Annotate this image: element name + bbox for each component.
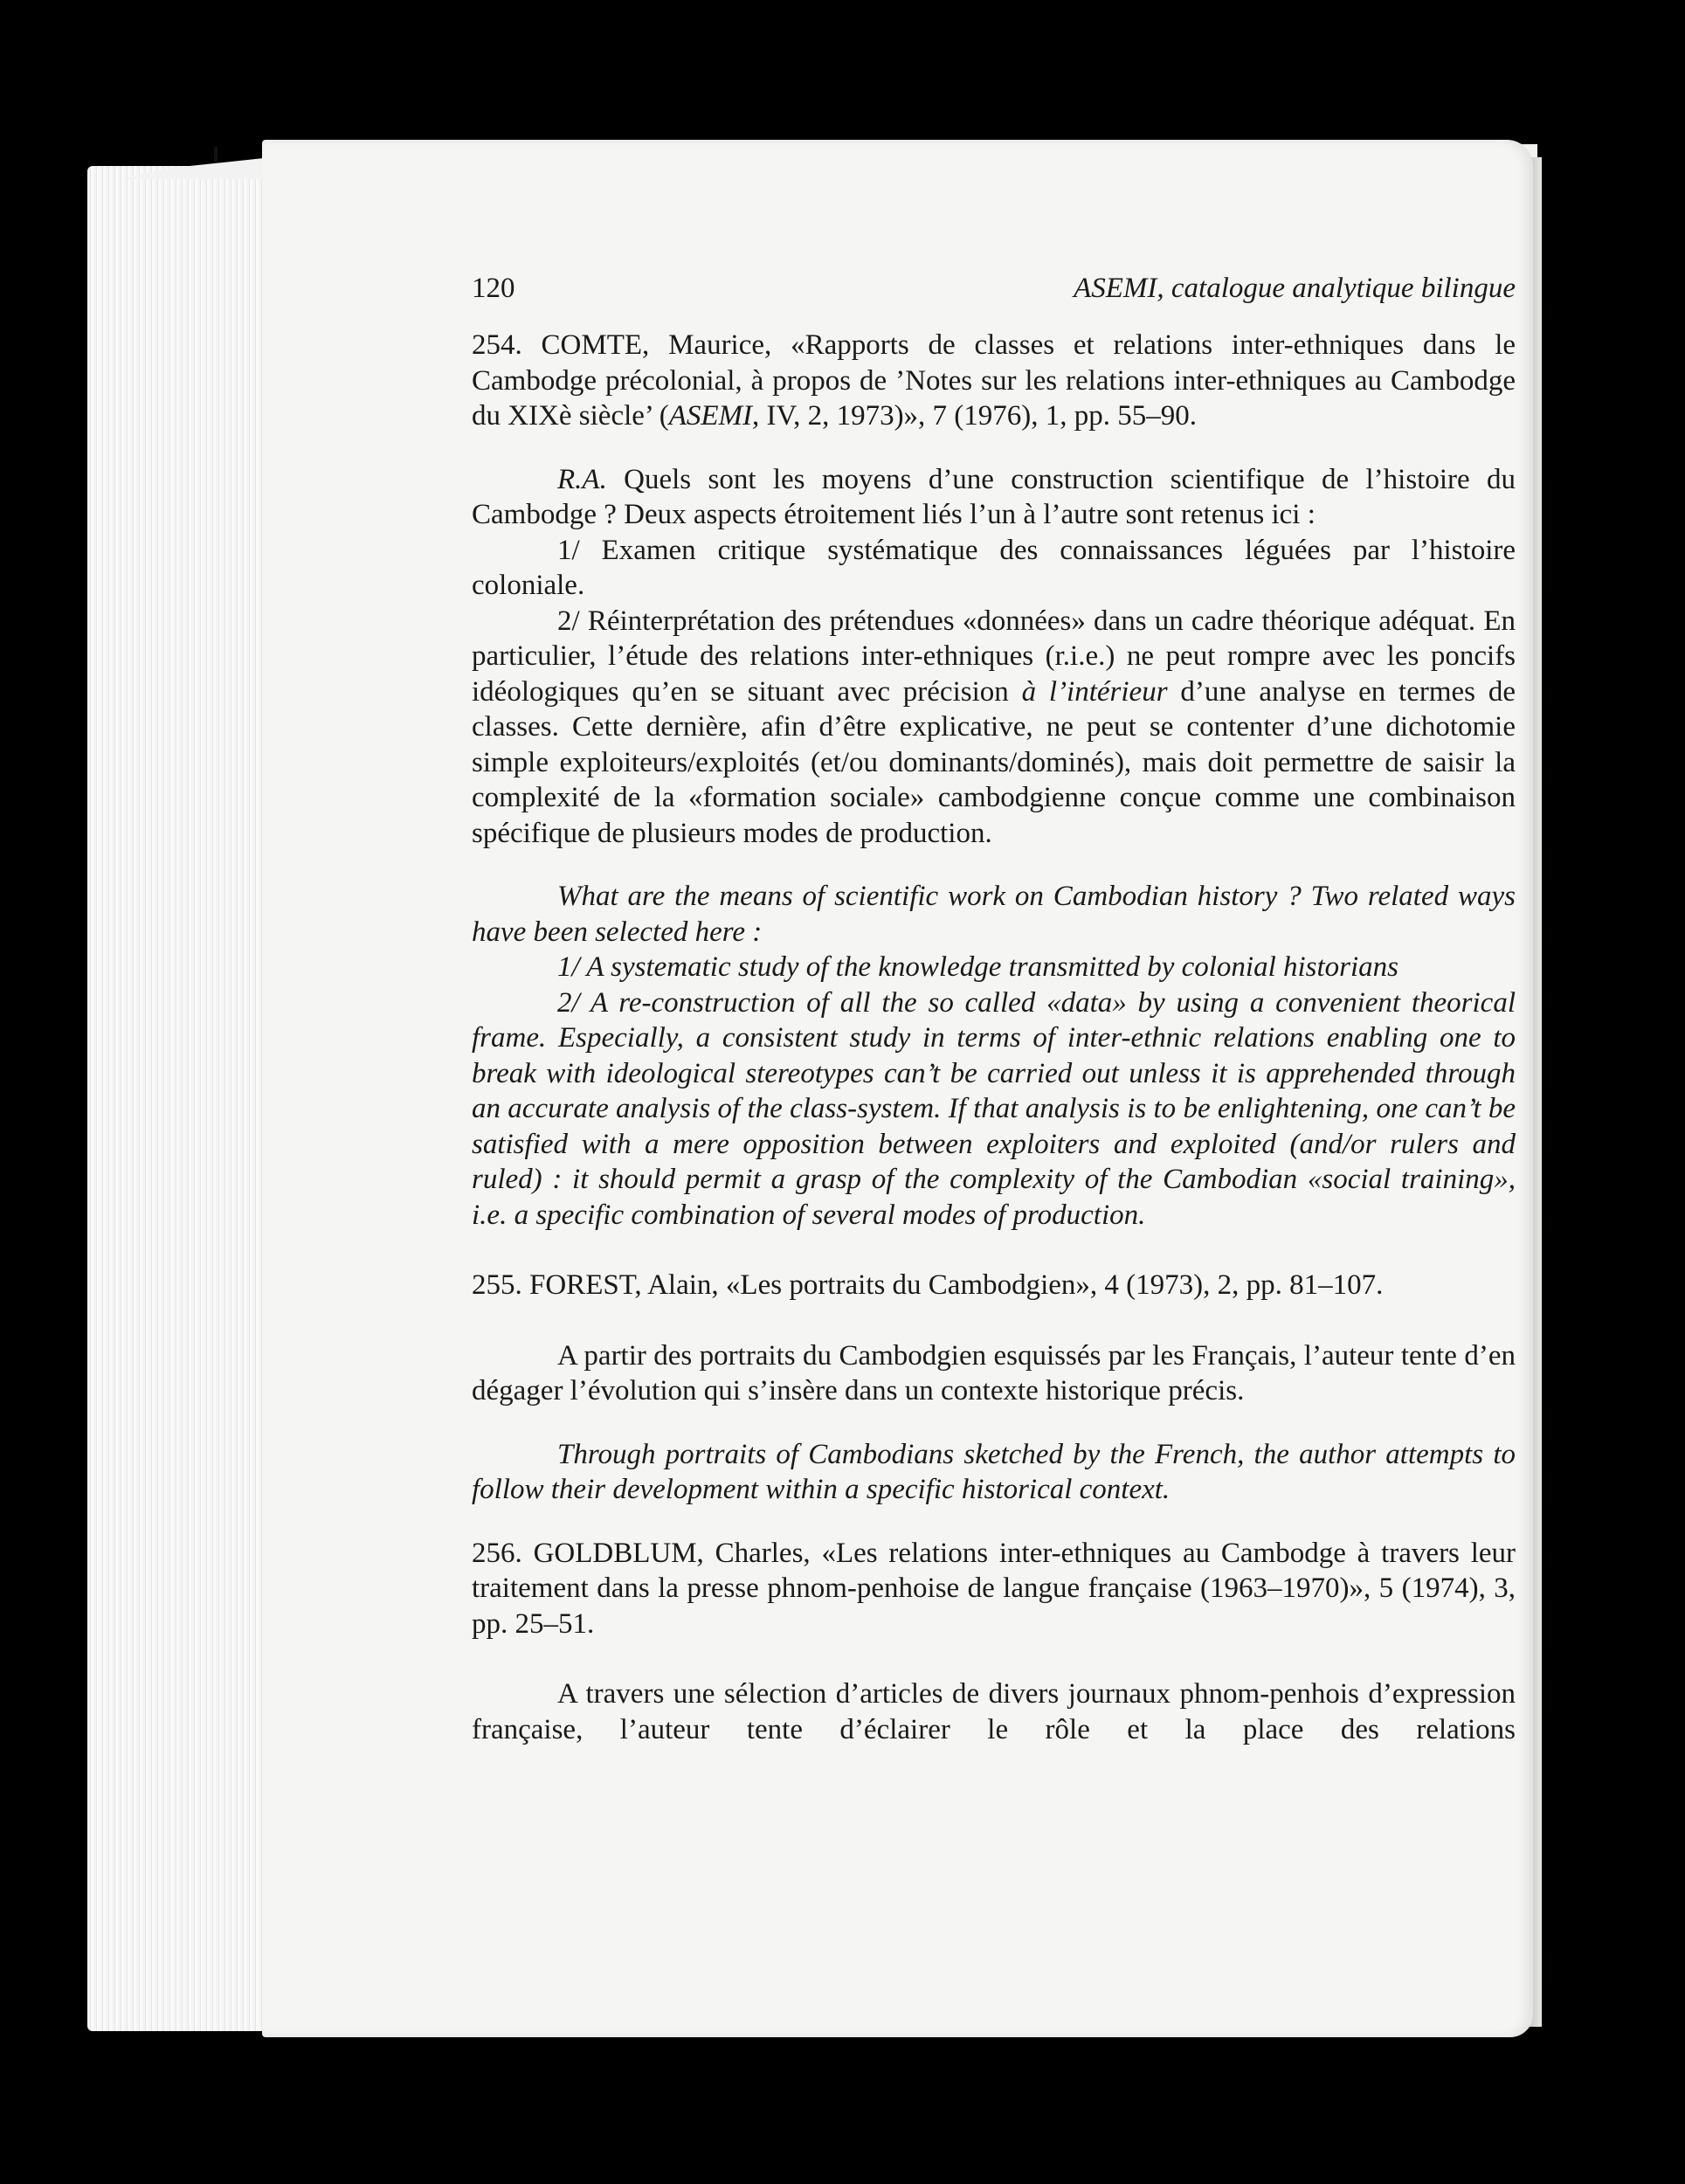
page-content: 120 ASEMI, catalogue analytique bilingue… [472, 271, 1516, 1747]
citation-title: «Rapports de classes et relations inter-… [791, 329, 1516, 361]
book-page: 120 ASEMI, catalogue analytique bilingue… [262, 140, 1533, 2037]
entry-author: FOREST, Alain, [529, 1269, 719, 1301]
entry-author: GOLDBLUM, Charles, [534, 1538, 811, 1569]
abstract-en-para: 1/ A systematic study of the knowledge t… [472, 950, 1516, 985]
abstract-emphasis: à l’intérieur [1022, 676, 1168, 708]
entry-citation: 254. COMTE, Maurice, «Rapports de classe… [472, 328, 1516, 434]
abstract-fr-para: A travers une sélection d’articles de di… [472, 1676, 1516, 1747]
entry-number: 256. [472, 1538, 522, 1569]
abstract-fr-para: R.A. Quels sont les moyens d’une constru… [472, 462, 1516, 533]
entry-number: 254. [472, 329, 522, 361]
entry-number: 255. [472, 1269, 522, 1301]
abstract-fr-para: A partir des portraits du Cambodgien esq… [472, 1338, 1516, 1409]
entry-255: 255. FOREST, Alain, «Les portraits du Ca… [472, 1268, 1516, 1508]
entry-citation: 255. FOREST, Alain, «Les portraits du Ca… [472, 1268, 1516, 1303]
running-header: 120 ASEMI, catalogue analytique bilingue [472, 271, 1516, 306]
citation-source: , IV, 2, 1973)», 7 (1976), 1, pp. 55–90. [752, 400, 1197, 432]
abstract-en-para: 2/ A re-construction of all the so calle… [472, 985, 1516, 1234]
abstract-en-para: What are the means of scientific work on… [472, 879, 1516, 950]
abstract-en-para: Through portraits of Cambodians sketched… [472, 1437, 1516, 1508]
entry-254: 254. COMTE, Maurice, «Rapports de classe… [472, 328, 1516, 1233]
journal-name: ASEMI [669, 400, 752, 432]
abstract-text: Quels sont les moyens d’une construction… [472, 464, 1516, 531]
ra-label: R.A. [557, 464, 607, 495]
running-title: ASEMI, catalogue analytique bilingue [1074, 271, 1516, 306]
entry-author: COMTE, Maurice, [542, 329, 772, 361]
entry-256: 256. GOLDBLUM, Charles, «Les relations i… [472, 1536, 1516, 1748]
abstract-fr-para: 1/ Examen critique systématique des conn… [472, 533, 1516, 604]
citation-title-cont: Cambodge précolonial, à propos de ’Notes… [472, 365, 1382, 397]
page-number: 120 [472, 271, 515, 306]
page-marker [214, 147, 218, 162]
entry-citation: 256. GOLDBLUM, Charles, «Les relations i… [472, 1536, 1516, 1642]
abstract-fr-para: 2/ Réinterprétation des prétendues «donn… [472, 604, 1516, 852]
citation-title: «Les portraits du Cambodgien», 4 (1973),… [726, 1269, 1384, 1301]
